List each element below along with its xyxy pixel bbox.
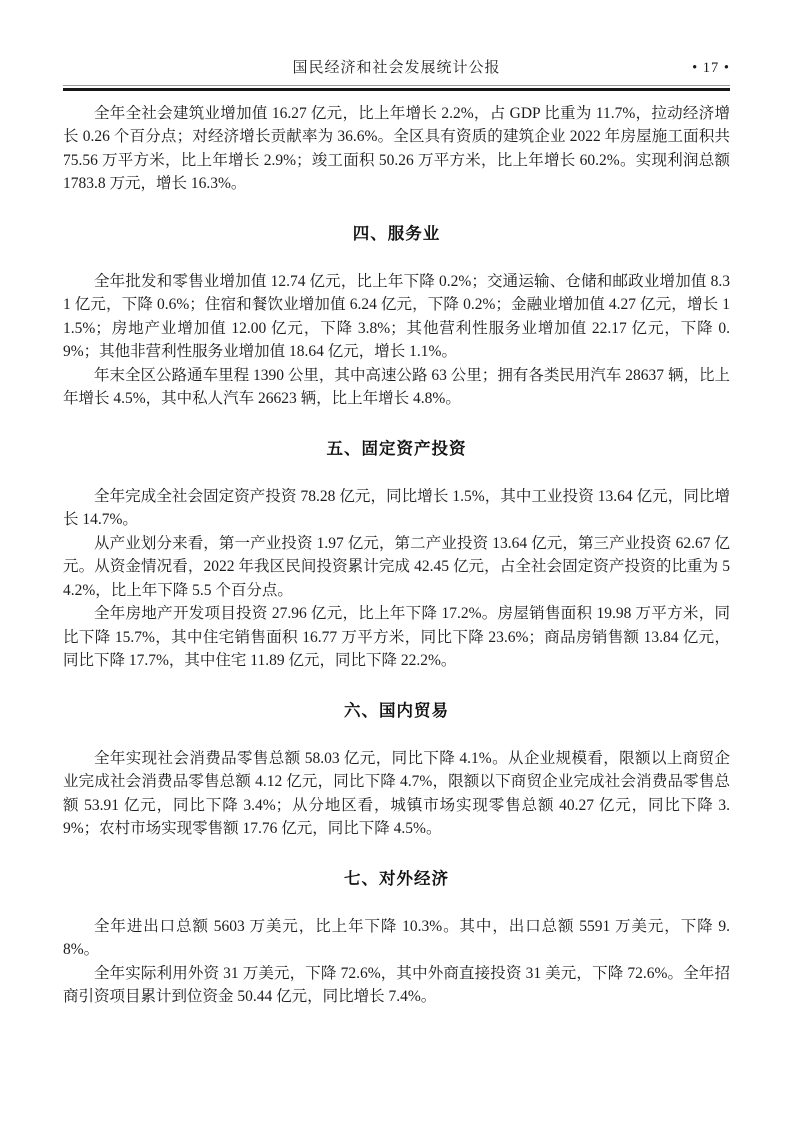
header-divider	[63, 85, 730, 91]
header-divider-thick-line	[63, 88, 730, 91]
paragraph-construction-industry: 全年全社会建筑业增加值 16.27 亿元，比上年增长 2.2%，占 GDP 比重…	[63, 102, 730, 196]
paragraph-foreign-capital: 全年实际利用外资 31 万美元，下降 72.6%，其中外商直接投资 31 美元，…	[63, 962, 730, 1009]
document-title: 国民经济和社会发展统计公报	[292, 57, 500, 79]
paragraph-services-value-added: 全年批发和零售业增加值 12.74 亿元，比上年下降 0.2%；交通运输、仓储和…	[63, 270, 730, 364]
section-heading-services: 四、服务业	[63, 223, 730, 245]
paragraph-roads-vehicles: 年末全区公路通车里程 1390 公里，其中高速公路 63 公里；拥有各类民用汽车…	[63, 364, 730, 411]
paragraph-investment-by-industry: 从产业划分来看，第一产业投资 1.97 亿元，第二产业投资 13.64 亿元，第…	[63, 532, 730, 603]
header-divider-thin-line	[63, 85, 730, 86]
paragraph-retail-sales: 全年实现社会消费品零售总额 58.03 亿元，同比下降 4.1%。从企业规模看，…	[63, 747, 730, 841]
document-body: 全年全社会建筑业增加值 16.27 亿元，比上年增长 2.2%，占 GDP 比重…	[63, 102, 730, 1009]
document-page: 国民经济和社会发展统计公报 • 17 • 全年全社会建筑业增加值 16.27 亿…	[0, 0, 793, 1122]
paragraph-real-estate-development: 全年房地产开发项目投资 27.96 亿元，比上年下降 17.2%。房屋销售面积 …	[63, 602, 730, 673]
section-heading-domestic-trade: 六、国内贸易	[63, 700, 730, 722]
section-heading-fixed-asset-investment: 五、固定资产投资	[63, 438, 730, 460]
paragraph-fixed-asset-investment-total: 全年完成全社会固定资产投资 78.28 亿元，同比增长 1.5%，其中工业投资 …	[63, 485, 730, 532]
page-number: • 17 •	[692, 57, 730, 79]
page-header: 国民经济和社会发展统计公报 • 17 •	[63, 57, 730, 79]
section-heading-foreign-economy: 七、对外经济	[63, 868, 730, 890]
paragraph-import-export: 全年进出口总额 5603 万美元，比上年下降 10.3%。其中，出口总额 559…	[63, 915, 730, 962]
